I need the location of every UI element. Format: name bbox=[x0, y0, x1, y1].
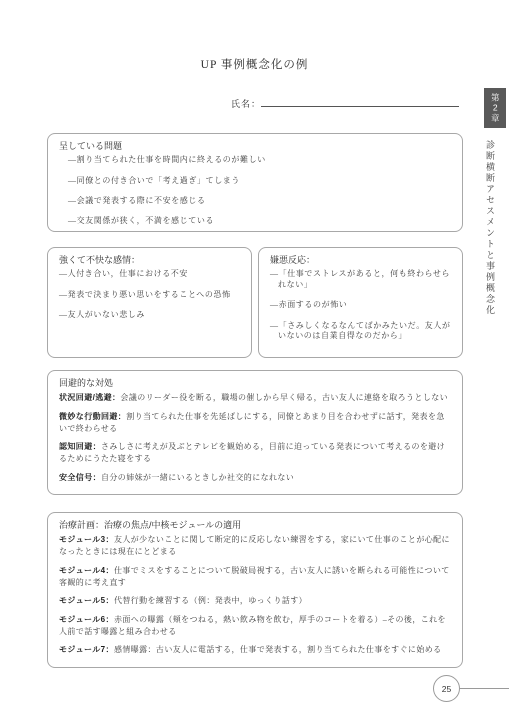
list-item: —割り当てられた仕事を時間内に終えるのが難しい bbox=[68, 155, 451, 166]
page-title: UP 事例概念化の例 bbox=[0, 56, 509, 72]
entry: モジュール6：赤面への曝露（頬をつねる，熱い飲み物を飲む，厚手のコートを着る）–… bbox=[59, 614, 451, 638]
entry: モジュール3：友人が少ないことに関して断定的に反応しない練習をする，家にいて仕事… bbox=[59, 534, 451, 558]
box-heading: 嫌悪反応： bbox=[270, 255, 451, 266]
box-entry-list: モジュール3：友人が少ないことに関して断定的に反応しない練習をする，家にいて仕事… bbox=[59, 534, 451, 656]
entry-label: モジュール6： bbox=[59, 615, 114, 624]
page-number-value: 25 bbox=[442, 684, 451, 694]
box-heading: 強くて不快な感情： bbox=[59, 255, 240, 266]
box-entry-list: 状況回避/逃避：会議のリーダー役を断る，職場の催しから早く帰る，古い友人に連絡を… bbox=[59, 392, 451, 484]
treatment-plan-box: 治療計画：治療の焦点/中核モジュールの適用 モジュール3：友人が少ないことに関し… bbox=[47, 512, 463, 668]
entry-label: 安全信号： bbox=[59, 473, 101, 482]
avoidant-coping-box: 回避的な対処 状況回避/逃避：会議のリーダー役を断る，職場の催しから早く帰る，古… bbox=[47, 370, 463, 495]
entry-text: 自分の姉妹が一緒にいるときしか社交的になれない bbox=[101, 473, 294, 482]
page-number-line bbox=[459, 688, 509, 689]
entry: 微妙な行動回避：割り当てられた仕事を先延ばしにする，同僚とあまり目を合わせずに話… bbox=[59, 411, 451, 435]
entry: モジュール5：代替行動を練習する（例：発表中，ゆっくり話す） bbox=[59, 595, 451, 607]
entry-text: 感情曝露：古い友人に電話する，仕事で発表する，割り当てられた仕事をすぐに始める bbox=[114, 645, 442, 654]
entry: モジュール4：仕事でミスをすることについて脱破局視する，古い友人に誘いを断られる… bbox=[59, 565, 451, 589]
box-item-list: —「仕事でストレスがあると，何も終わらせられない」 —赤面するのが怖い —「さみ… bbox=[270, 269, 451, 342]
entry-label: 微妙な行動回避： bbox=[59, 412, 126, 421]
chapter-title: 診断横断アセスメントと事例概念化 bbox=[485, 140, 494, 350]
name-input-line bbox=[261, 96, 459, 107]
list-item: —「さみしくなるなんてばかみたいだ。友人がいないのは自業自得なのだから」 bbox=[270, 321, 451, 343]
entry-text: 代替行動を練習する（例：発表中，ゆっくり話す） bbox=[114, 596, 307, 605]
list-item: —友人がいない悲しみ bbox=[59, 310, 240, 321]
box-heading: 治療計画：治療の焦点/中核モジュールの適用 bbox=[59, 520, 451, 531]
list-item: —交友関係が狭く，不満を感じている bbox=[68, 216, 451, 227]
entry-label: 認知回避： bbox=[59, 442, 101, 451]
entry-text: 会議のリーダー役を断る，職場の催しから早く帰る，古い友人に連絡を取ろうとしない bbox=[120, 393, 448, 402]
entry-text: 赤面への曝露（頬をつねる，熱い飲み物を飲む，厚手のコートを着る）–その後，これを… bbox=[59, 615, 446, 636]
page-number: 25 bbox=[433, 675, 460, 702]
entry: 安全信号：自分の姉妹が一緒にいるときしか社交的になれない bbox=[59, 472, 451, 484]
box-item-list: —割り当てられた仕事を時間内に終えるのが難しい —同僚との付き合いで「考え過ぎ」… bbox=[59, 155, 451, 227]
chapter-tab: 第2章 bbox=[484, 88, 506, 128]
name-label: 氏名： bbox=[231, 99, 261, 109]
box-heading: 呈している問題 bbox=[59, 141, 451, 152]
entry-label: モジュール3： bbox=[59, 535, 114, 544]
box-item-list: —人付き合い，仕事における不安 —発表で決まり悪い思いをすることへの恐怖 —友人… bbox=[59, 269, 240, 320]
entry-text: 友人が少ないことに関して断定的に反応しない練習をする，家にいて仕事のことが心配に… bbox=[59, 535, 450, 556]
entry-label: モジュール7： bbox=[59, 645, 114, 654]
entry-label: 状況回避/逃避： bbox=[59, 393, 120, 402]
list-item: —同僚との付き合いで「考え過ぎ」てしまう bbox=[68, 176, 451, 187]
aversive-reactions-box: 嫌悪反応： —「仕事でストレスがあると，何も終わらせられない」 —赤面するのが怖… bbox=[258, 247, 463, 358]
list-item: —赤面するのが怖い bbox=[270, 300, 451, 311]
entry-text: 仕事でミスをすることについて脱破局視する，古い友人に誘いを断られる可能性について… bbox=[59, 566, 450, 587]
presenting-problems-box: 呈している問題 —割り当てられた仕事を時間内に終えるのが難しい —同僚との付き合… bbox=[47, 133, 463, 232]
strong-emotions-box: 強くて不快な感情： —人付き合い，仕事における不安 —発表で決まり悪い思いをする… bbox=[47, 247, 252, 358]
list-item: —会議で発表する際に不安を感じる bbox=[68, 196, 451, 207]
entry-text: さみしさに考えが及ぶとテレビを観始める，目前に迫っている発表について考えるのを避… bbox=[59, 442, 445, 463]
list-item: —「仕事でストレスがあると，何も終わらせられない」 bbox=[270, 269, 451, 291]
entry-label: モジュール5： bbox=[59, 596, 114, 605]
list-item: —発表で決まり悪い思いをすることへの恐怖 bbox=[59, 290, 240, 301]
entry: 状況回避/逃避：会議のリーダー役を断る，職場の催しから早く帰る，古い友人に連絡を… bbox=[59, 392, 451, 404]
box-heading: 回避的な対処 bbox=[59, 378, 451, 389]
name-field-row: 氏名： bbox=[231, 96, 459, 110]
list-item: —人付き合い，仕事における不安 bbox=[59, 269, 240, 280]
entry: モジュール7：感情曝露：古い友人に電話する，仕事で発表する，割り当てられた仕事を… bbox=[59, 644, 451, 656]
entry: 認知回避：さみしさに考えが及ぶとテレビを観始める，目前に迫っている発表について考… bbox=[59, 441, 451, 465]
entry-label: モジュール4： bbox=[59, 566, 114, 575]
